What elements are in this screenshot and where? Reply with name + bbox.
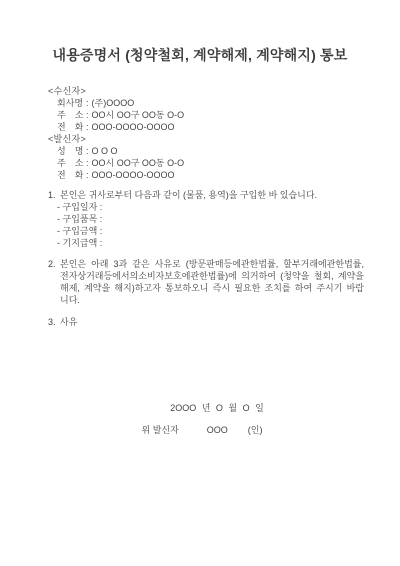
- recipient-company-value: (주)OOOO: [92, 98, 135, 108]
- recipient-company-label: 회사명: [57, 97, 84, 109]
- clause-2-number: 2.: [48, 258, 60, 270]
- document-page: 내용증명서 (청약철회, 계약해제, 계약해지) 통보 <수신자> 회사명:(주…: [0, 0, 400, 566]
- clause-1-number: 1.: [48, 189, 60, 201]
- field-colon: :: [84, 170, 92, 180]
- field-colon: :: [84, 146, 92, 156]
- recipient-address-row: 주 소:OO시 OO구 OO동 O-O: [48, 109, 364, 121]
- field-colon: :: [84, 110, 92, 120]
- purchase-detail-list: - 구입일자 : - 구입품목 : - 구입금액 : - 기지급액 :: [48, 201, 364, 249]
- sender-name-value: O O O: [92, 146, 118, 156]
- sender-address-value: OO시 OO구 OO동 O-O: [92, 158, 185, 168]
- sender-phone-value: OOO-OOOO-OOOO: [92, 170, 175, 180]
- purchase-date-line: - 구입일자 :: [57, 201, 364, 213]
- clause-2: 2. 본인은 아래 3과 같은 사유로 (방문판매등에관한법률, 할부거래에관한…: [48, 258, 364, 306]
- recipient-phone-value: OOO-OOOO-OOOO: [92, 122, 175, 132]
- sender-section-label: <발신자>: [48, 133, 364, 145]
- signature-prefix: 위 발신자: [142, 425, 179, 435]
- clause-1-main: 1. 본인은 귀사로부터 다음과 같이 (물품, 용역)을 구입한 바 있습니다…: [48, 189, 364, 201]
- clause-3-number: 3.: [48, 316, 60, 328]
- clause-3-text: 사유: [60, 316, 364, 328]
- signature-seal-mark: (인): [248, 425, 263, 435]
- recipient-address-label: 주 소: [57, 109, 84, 121]
- document-body: <수신자> 회사명:(주)OOOO 주 소:OO시 OO구 OO동 O-O 전 …: [0, 85, 400, 436]
- clause-1-text: 본인은 귀사로부터 다음과 같이 (물품, 용역)을 구입한 바 있습니다.: [60, 189, 364, 201]
- field-colon: :: [84, 122, 92, 132]
- field-colon: :: [84, 158, 92, 168]
- sender-address-row: 주 소:OO시 OO구 OO동 O-O: [48, 157, 364, 169]
- purchase-amount-line: - 구입금액 :: [57, 225, 364, 237]
- document-title: 내용증명서 (청약철회, 계약해제, 계약해지) 통보: [0, 0, 400, 64]
- clause-2-text: 본인은 아래 3과 같은 사유로 (방문판매등에관한법률, 할부거래에관한법률,…: [60, 258, 364, 306]
- sender-name-row: 성 명:O O O: [48, 145, 364, 157]
- date-line: 2OOO 년 O 월 O 일: [59, 402, 375, 414]
- sender-address-label: 주 소: [57, 157, 84, 169]
- clause-1: 1. 본인은 귀사로부터 다음과 같이 (물품, 용역)을 구입한 바 있습니다…: [48, 189, 364, 249]
- sender-phone-label: 전 화: [57, 169, 84, 181]
- recipient-phone-label: 전 화: [57, 121, 84, 133]
- recipient-section-label: <수신자>: [48, 85, 364, 97]
- signature-name: OOO: [207, 425, 228, 435]
- recipient-company-row: 회사명:(주)OOOO: [48, 97, 364, 109]
- recipient-address-value: OO시 OO구 OO동 O-O: [92, 110, 185, 120]
- sender-phone-row: 전 화:OOO-OOOO-OOOO: [48, 169, 364, 181]
- recipient-phone-row: 전 화:OOO-OOOO-OOOO: [48, 121, 364, 133]
- purchase-item-line: - 구입품목 :: [57, 213, 364, 225]
- field-colon: :: [84, 98, 92, 108]
- clause-3: 3. 사유: [48, 316, 364, 328]
- signature-line: 위 발신자OOO(인): [44, 424, 360, 436]
- paid-amount-line: - 기지급액 :: [57, 237, 364, 249]
- sender-name-label: 성 명: [57, 145, 84, 157]
